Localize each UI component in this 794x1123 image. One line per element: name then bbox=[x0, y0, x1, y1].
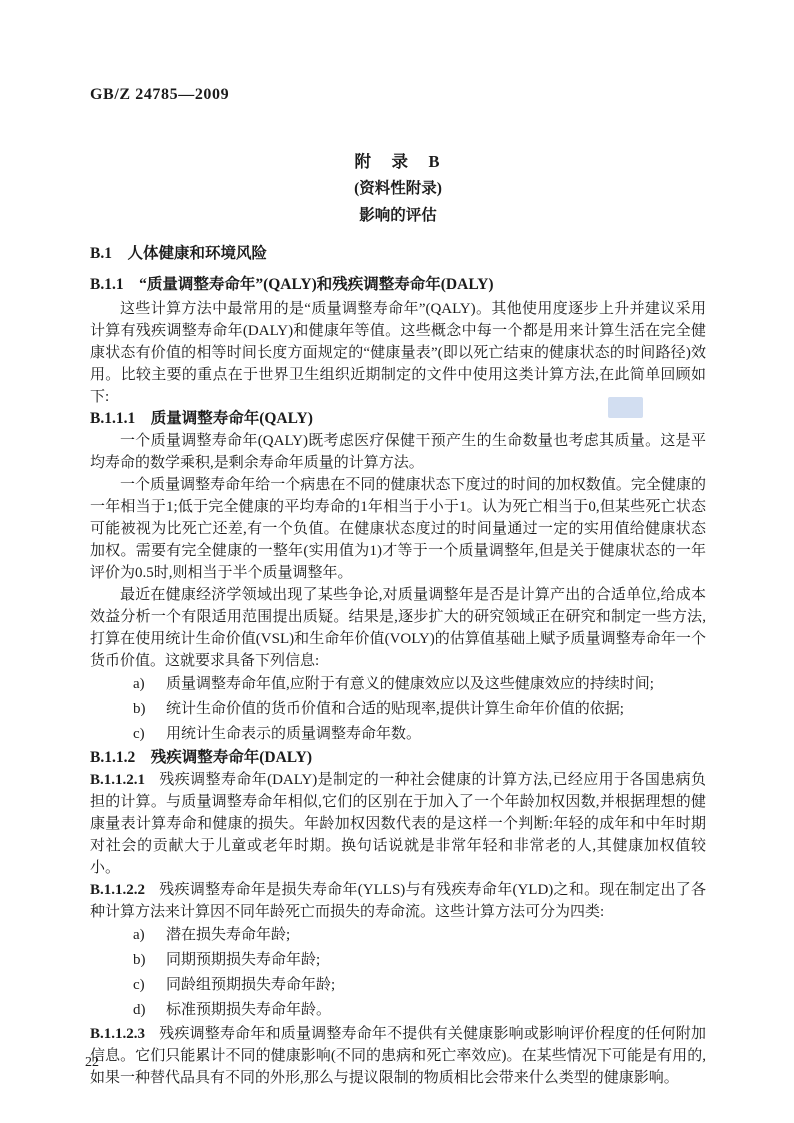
list-b111: a) 质量调整寿命年值,应附于有意义的健康效应以及这些健康效应的持续时间; b)… bbox=[90, 672, 706, 747]
appendix-title-line3: 影响的评估 bbox=[90, 202, 706, 229]
clause-number: B.1.1.2.3 bbox=[90, 1026, 159, 1042]
list-item-marker: c) bbox=[133, 973, 166, 998]
list-item-text: 同龄组预期损失寿命年龄; bbox=[166, 973, 706, 998]
list-item-marker: b) bbox=[133, 948, 166, 973]
clause-text: 残疾调整寿命年和质量调整寿命年不提供有关健康影响或影响评价程度的任何附加信息。它… bbox=[90, 1026, 706, 1086]
appendix-title-line2: (资料性附录) bbox=[90, 175, 706, 202]
page-content: GB/Z 24785—2009 附 录 B (资料性附录) 影响的评估 B.1 … bbox=[90, 86, 706, 1089]
section-heading-b1: B.1 人体健康和环境风险 bbox=[90, 244, 706, 264]
list-item-marker: c) bbox=[133, 722, 166, 747]
list-item: c) 同龄组预期损失寿命年龄; bbox=[90, 973, 706, 998]
list-item-marker: d) bbox=[133, 998, 166, 1023]
list-item: b) 同期预期损失寿命年龄; bbox=[90, 948, 706, 973]
list-b112: a) 潜在损失寿命年龄; b) 同期预期损失寿命年龄; c) 同龄组预期损失寿命… bbox=[90, 923, 706, 1023]
page-number: 22 bbox=[85, 1055, 99, 1071]
clause-b1121: B.1.1.2.1残疾调整寿命年(DALY)是制定的一种社会健康的计算方法,已经… bbox=[90, 769, 706, 879]
list-item-text: 标准预期损失寿命年龄。 bbox=[166, 998, 706, 1023]
list-item-marker: a) bbox=[133, 923, 166, 948]
list-item-text: 质量调整寿命年值,应附于有意义的健康效应以及这些健康效应的持续时间; bbox=[166, 672, 706, 697]
appendix-title-line1: 附 录 B bbox=[90, 148, 706, 175]
list-item-marker: b) bbox=[133, 697, 166, 722]
list-item: c) 用统计生命表示的质量调整寿命年数。 bbox=[90, 722, 706, 747]
paragraph-b11-intro: 这些计算方法中最常用的是“质量调整寿命年”(QALY)。其他使用度逐步上升并建议… bbox=[90, 298, 706, 408]
clause-text: 残疾调整寿命年是损失寿命年(YLLS)与有残疾寿命年(YLD)之和。现在制定出了… bbox=[90, 882, 706, 920]
list-item-text: 同期预期损失寿命年龄; bbox=[166, 948, 706, 973]
document-page: GB/Z 24785—2009 附 录 B (资料性附录) 影响的评估 B.1 … bbox=[0, 0, 794, 1123]
paragraph-b111-1: 一个质量调整寿命年(QALY)既考虑医疗保健干预产生的生命数量也考虑其质量。这是… bbox=[90, 430, 706, 474]
list-item-text: 用统计生命表示的质量调整寿命年数。 bbox=[166, 722, 706, 747]
standard-code-header: GB/Z 24785—2009 bbox=[90, 86, 706, 104]
clause-b1122: B.1.1.2.2残疾调整寿命年是损失寿命年(YLLS)与有残疾寿命年(YLD)… bbox=[90, 879, 706, 923]
paragraph-b111-3: 最近在健康经济学领域出现了某些争论,对质量调整年是否是计算产出的合适单位,给成本… bbox=[90, 584, 706, 672]
clause-text: 残疾调整寿命年(DALY)是制定的一种社会健康的计算方法,已经应用于各国患病负担… bbox=[90, 772, 706, 876]
section-heading-b111: B.1.1.1 质量调整寿命年(QALY) bbox=[90, 408, 706, 430]
clause-number: B.1.1.2.1 bbox=[90, 772, 159, 788]
clause-number: B.1.1.2.2 bbox=[90, 882, 159, 898]
section-heading-b112: B.1.1.2 残疾调整寿命年(DALY) bbox=[90, 747, 706, 769]
paragraph-b111-2: 一个质量调整寿命年给一个病患在不同的健康状态下度过的时间的加权数值。完全健康的一… bbox=[90, 474, 706, 584]
list-item: a) 潜在损失寿命年龄; bbox=[90, 923, 706, 948]
clause-b1123: B.1.1.2.3残疾调整寿命年和质量调整寿命年不提供有关健康影响或影响评价程度… bbox=[90, 1023, 706, 1089]
list-item-marker: a) bbox=[133, 672, 166, 697]
list-item-text: 统计生命价值的货币价值和合适的贴现率,提供计算生命年价值的依据; bbox=[166, 697, 706, 722]
section-heading-b11: B.1.1 “质量调整寿命年”(QALY)和残疾调整寿命年(DALY) bbox=[90, 275, 706, 295]
list-item-text: 潜在损失寿命年龄; bbox=[166, 923, 706, 948]
appendix-title-block: 附 录 B (资料性附录) 影响的评估 bbox=[90, 148, 706, 229]
list-item: a) 质量调整寿命年值,应附于有意义的健康效应以及这些健康效应的持续时间; bbox=[90, 672, 706, 697]
list-item: b) 统计生命价值的货币价值和合适的贴现率,提供计算生命年价值的依据; bbox=[90, 697, 706, 722]
list-item: d) 标准预期损失寿命年龄。 bbox=[90, 998, 706, 1023]
